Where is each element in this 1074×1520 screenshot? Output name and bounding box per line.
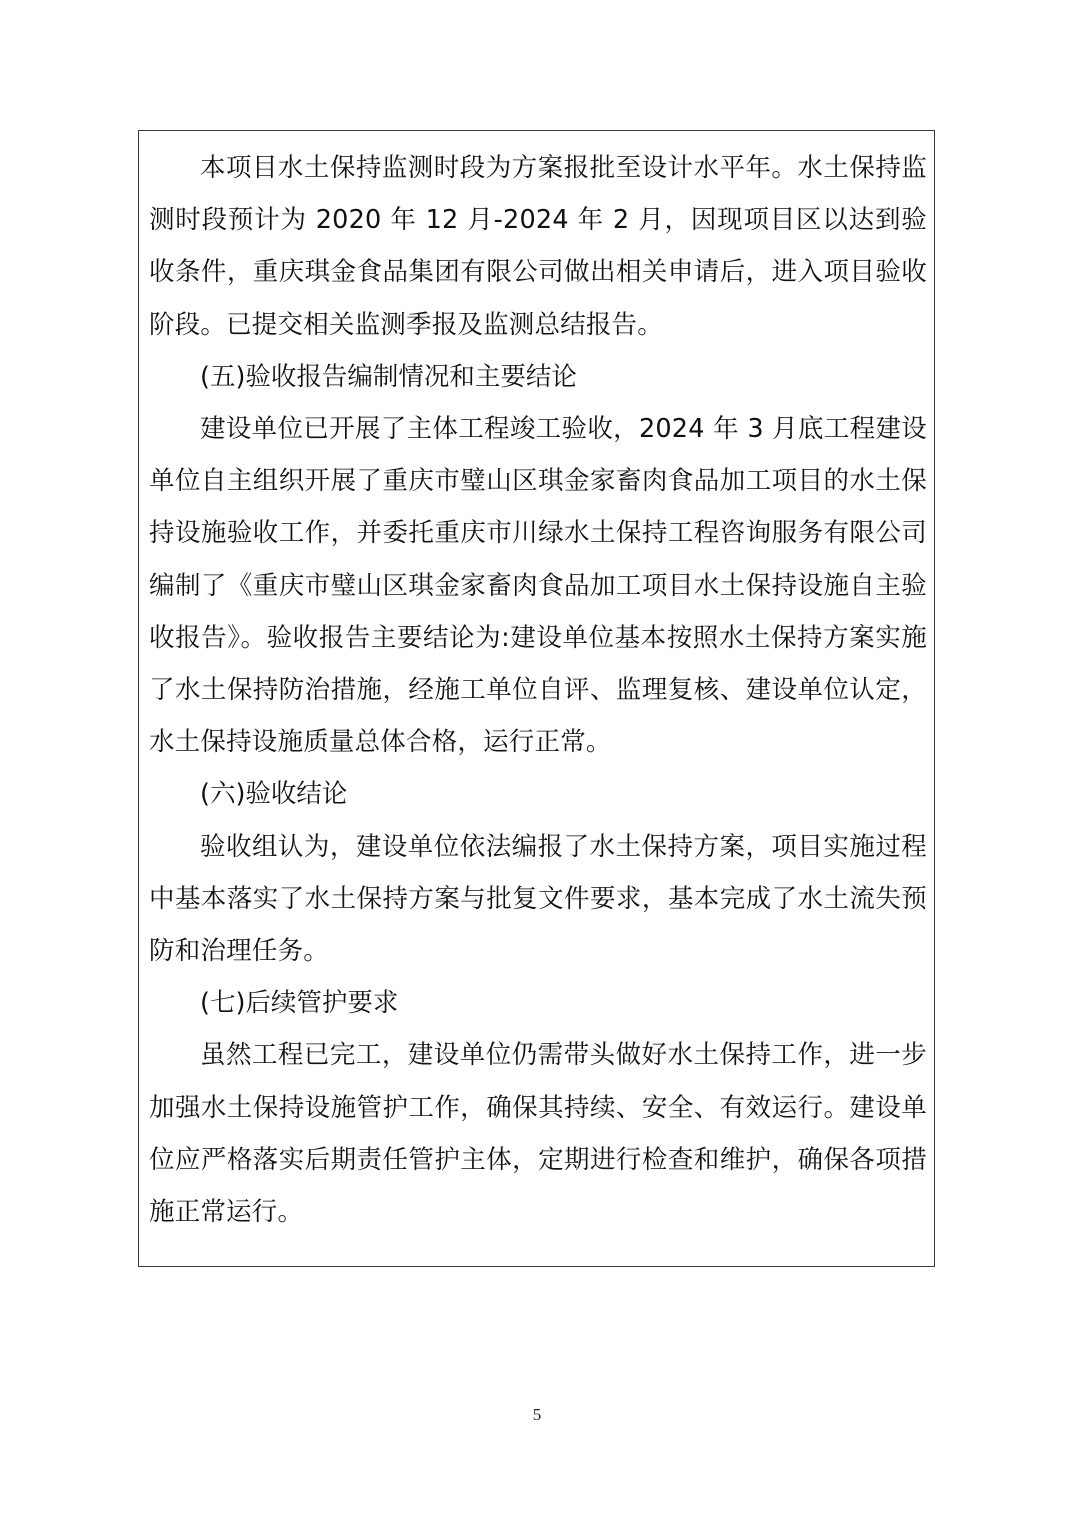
content-box: 本项目水土保持监测时段为方案报批至设计水平年。水土保持监测时段预计为 2020 … bbox=[138, 130, 935, 1267]
paragraph-acceptance-report: 建设单位已开展了主体工程竣工验收，2024 年 3 月底工程建设单位自主组织开展… bbox=[149, 403, 927, 768]
paragraph-acceptance-conclusion: 验收组认为，建设单位依法编报了水土保持方案，项目实施过程中基本落实了水土保持方案… bbox=[149, 821, 927, 978]
section-heading-5: (五)验收报告编制情况和主要结论 bbox=[149, 351, 927, 403]
document-body: 本项目水土保持监测时段为方案报批至设计水平年。水土保持监测时段预计为 2020 … bbox=[149, 142, 927, 1238]
paragraph-monitoring-period: 本项目水土保持监测时段为方案报批至设计水平年。水土保持监测时段预计为 2020 … bbox=[149, 142, 927, 351]
page-number: 5 bbox=[0, 1405, 1074, 1425]
section-heading-7: (七)后续管护要求 bbox=[149, 977, 927, 1029]
paragraph-maintenance-requirements: 虽然工程已完工，建设单位仍需带头做好水土保持工作，进一步加强水土保持设施管护工作… bbox=[149, 1029, 927, 1238]
section-heading-6: (六)验收结论 bbox=[149, 768, 927, 820]
